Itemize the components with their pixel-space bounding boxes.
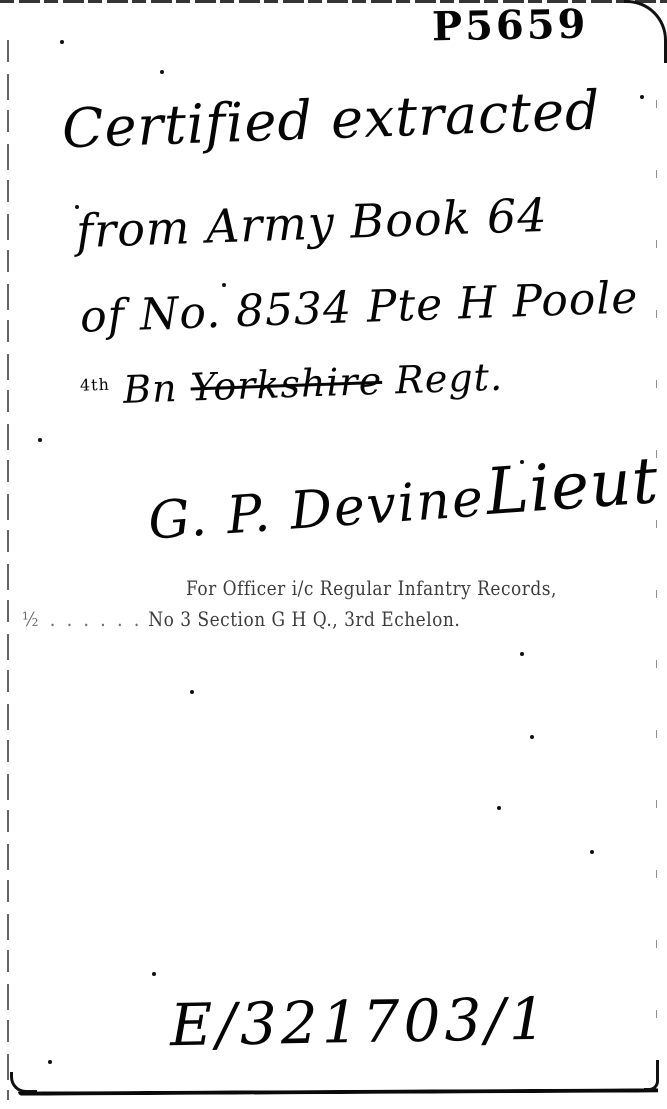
- regiment-abbrev: Regt.: [394, 355, 503, 403]
- card-bottom-left-curve: [10, 1072, 37, 1093]
- card-bottom-right-curve: [644, 1060, 659, 1091]
- card-bottom-edge: [18, 1088, 658, 1095]
- document-page: P5659 Certified extracted from Army Book…: [0, 0, 667, 1109]
- card-corner: [624, 0, 667, 63]
- battalion-ordinal: 4th: [80, 375, 111, 395]
- regiment-line: 4th Bn Yorkshire Regt.: [79, 355, 503, 414]
- stamp-line-1: For Officer i/c Regular Infantry Records…: [186, 578, 557, 601]
- officer-signature: G. P. Devine: [146, 468, 486, 551]
- struck-regiment: Yorkshire: [190, 359, 383, 410]
- scan-speck: [75, 205, 79, 209]
- scan-speck: [38, 438, 42, 442]
- scan-speck: [640, 95, 644, 99]
- scan-speck: [60, 40, 64, 44]
- card-right-edge: [656, 100, 657, 1050]
- scan-speck: [48, 1060, 52, 1064]
- scan-speck: [530, 735, 534, 739]
- army-book-line: from Army Book 64: [75, 188, 548, 258]
- stamp-line-2: ½ . . . . . . No 3 Section G H Q., 3rd E…: [22, 609, 460, 632]
- scan-speck: [520, 652, 524, 656]
- scan-speck: [590, 850, 594, 854]
- certified-line: Certified extracted: [61, 79, 601, 161]
- soldier-line: of No. 8534 Pte H Poole: [79, 272, 639, 342]
- scan-speck: [190, 690, 194, 694]
- scan-speck: [497, 806, 501, 810]
- stamp-line-2-text: No 3 Section G H Q., 3rd Echelon.: [148, 609, 460, 632]
- file-reference: E/321703/1: [169, 985, 550, 1060]
- stamp-line-2-prefix: ½ . . . . . .: [22, 609, 142, 632]
- battalion-abbrev: Bn: [122, 366, 178, 412]
- scan-speck: [520, 460, 524, 464]
- scan-speck: [160, 70, 164, 74]
- scan-speck: [222, 283, 226, 287]
- card-left-edge: [7, 40, 9, 1100]
- officer-rank: Lieut: [484, 444, 662, 530]
- scan-speck: [152, 972, 156, 976]
- reference-number: P5659: [432, 1, 589, 51]
